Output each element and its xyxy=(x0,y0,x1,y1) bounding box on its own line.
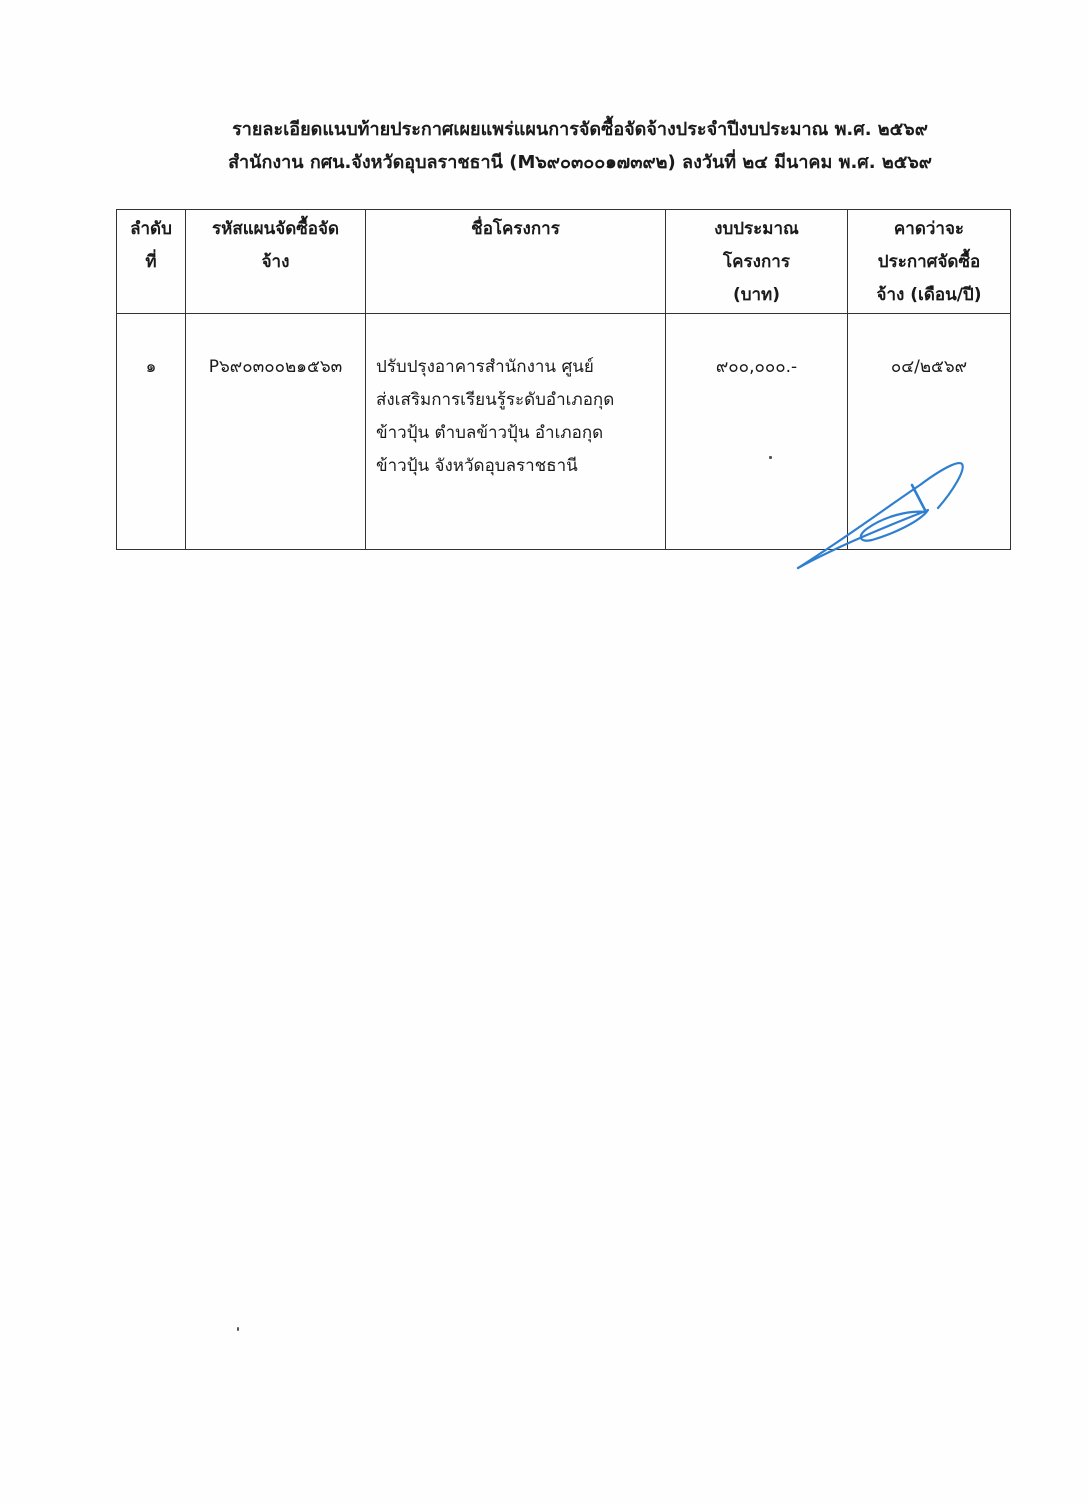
header-line: จ้าง (เดือน/ปี) xyxy=(848,279,1010,312)
cell-plan-code: P๖๙๐๓๐๐๒๑๕๖๓ xyxy=(186,314,366,550)
header-line: รหัสแผนจัดซื้อจัด xyxy=(186,213,365,246)
header-line: งบประมาณ xyxy=(666,213,847,246)
header-budget: งบประมาณ โครงการ (บาท) xyxy=(666,210,848,314)
scan-speck xyxy=(769,456,772,459)
header-line: คาดว่าจะ xyxy=(848,213,1010,246)
document-title-line-2: สำนักงาน กศน.จังหวัดอุบลราชธานี (M๖๙๐๓๐๐… xyxy=(36,146,1088,179)
header-line: โครงการ xyxy=(666,246,847,279)
header-line: ประกาศจัดซื้อ xyxy=(848,246,1010,279)
header-line: (บาท) xyxy=(666,279,847,312)
header-line: ลำดับ xyxy=(117,213,185,246)
document-title-line-1: รายละเอียดแนบท้ายประกาศเผยแพร่แผนการจัดซ… xyxy=(36,113,1088,146)
header-line: จ้าง xyxy=(186,246,365,279)
project-name-line: ข้าวปุ้น จังหวัดอุบลราชธานี xyxy=(376,450,665,483)
project-name-line: ปรับปรุงอาคารสำนักงาน ศูนย์ xyxy=(376,351,665,384)
table-header-row: ลำดับ ที่ รหัสแผนจัดซื้อจัด จ้าง ชื่อโคร… xyxy=(117,210,1011,314)
header-plan-code: รหัสแผนจัดซื้อจัด จ้าง xyxy=(186,210,366,314)
cell-sequence-no: ๑ xyxy=(117,314,186,550)
project-name-line: ข้าวปุ้น ตำบลข้าวปุ้น อำเภอกุด xyxy=(376,417,665,450)
header-line: ที่ xyxy=(117,246,185,279)
document-page: รายละเอียดแนบท้ายประกาศเผยแพร่แผนการจัดซ… xyxy=(0,0,1088,1505)
header-expected-announce: คาดว่าจะ ประกาศจัดซื้อ จ้าง (เดือน/ปี) xyxy=(848,210,1011,314)
header-line: ชื่อโครงการ xyxy=(366,213,665,246)
project-name-line: ส่งเสริมการเรียนรู้ระดับอำเภอกุด xyxy=(376,384,665,417)
header-project-name: ชื่อโครงการ xyxy=(366,210,666,314)
scan-speck xyxy=(237,1327,239,1331)
cell-project-name: ปรับปรุงอาคารสำนักงาน ศูนย์ ส่งเสริมการเ… xyxy=(366,314,666,550)
signature-icon xyxy=(780,440,1000,590)
header-sequence-no: ลำดับ ที่ xyxy=(117,210,186,314)
